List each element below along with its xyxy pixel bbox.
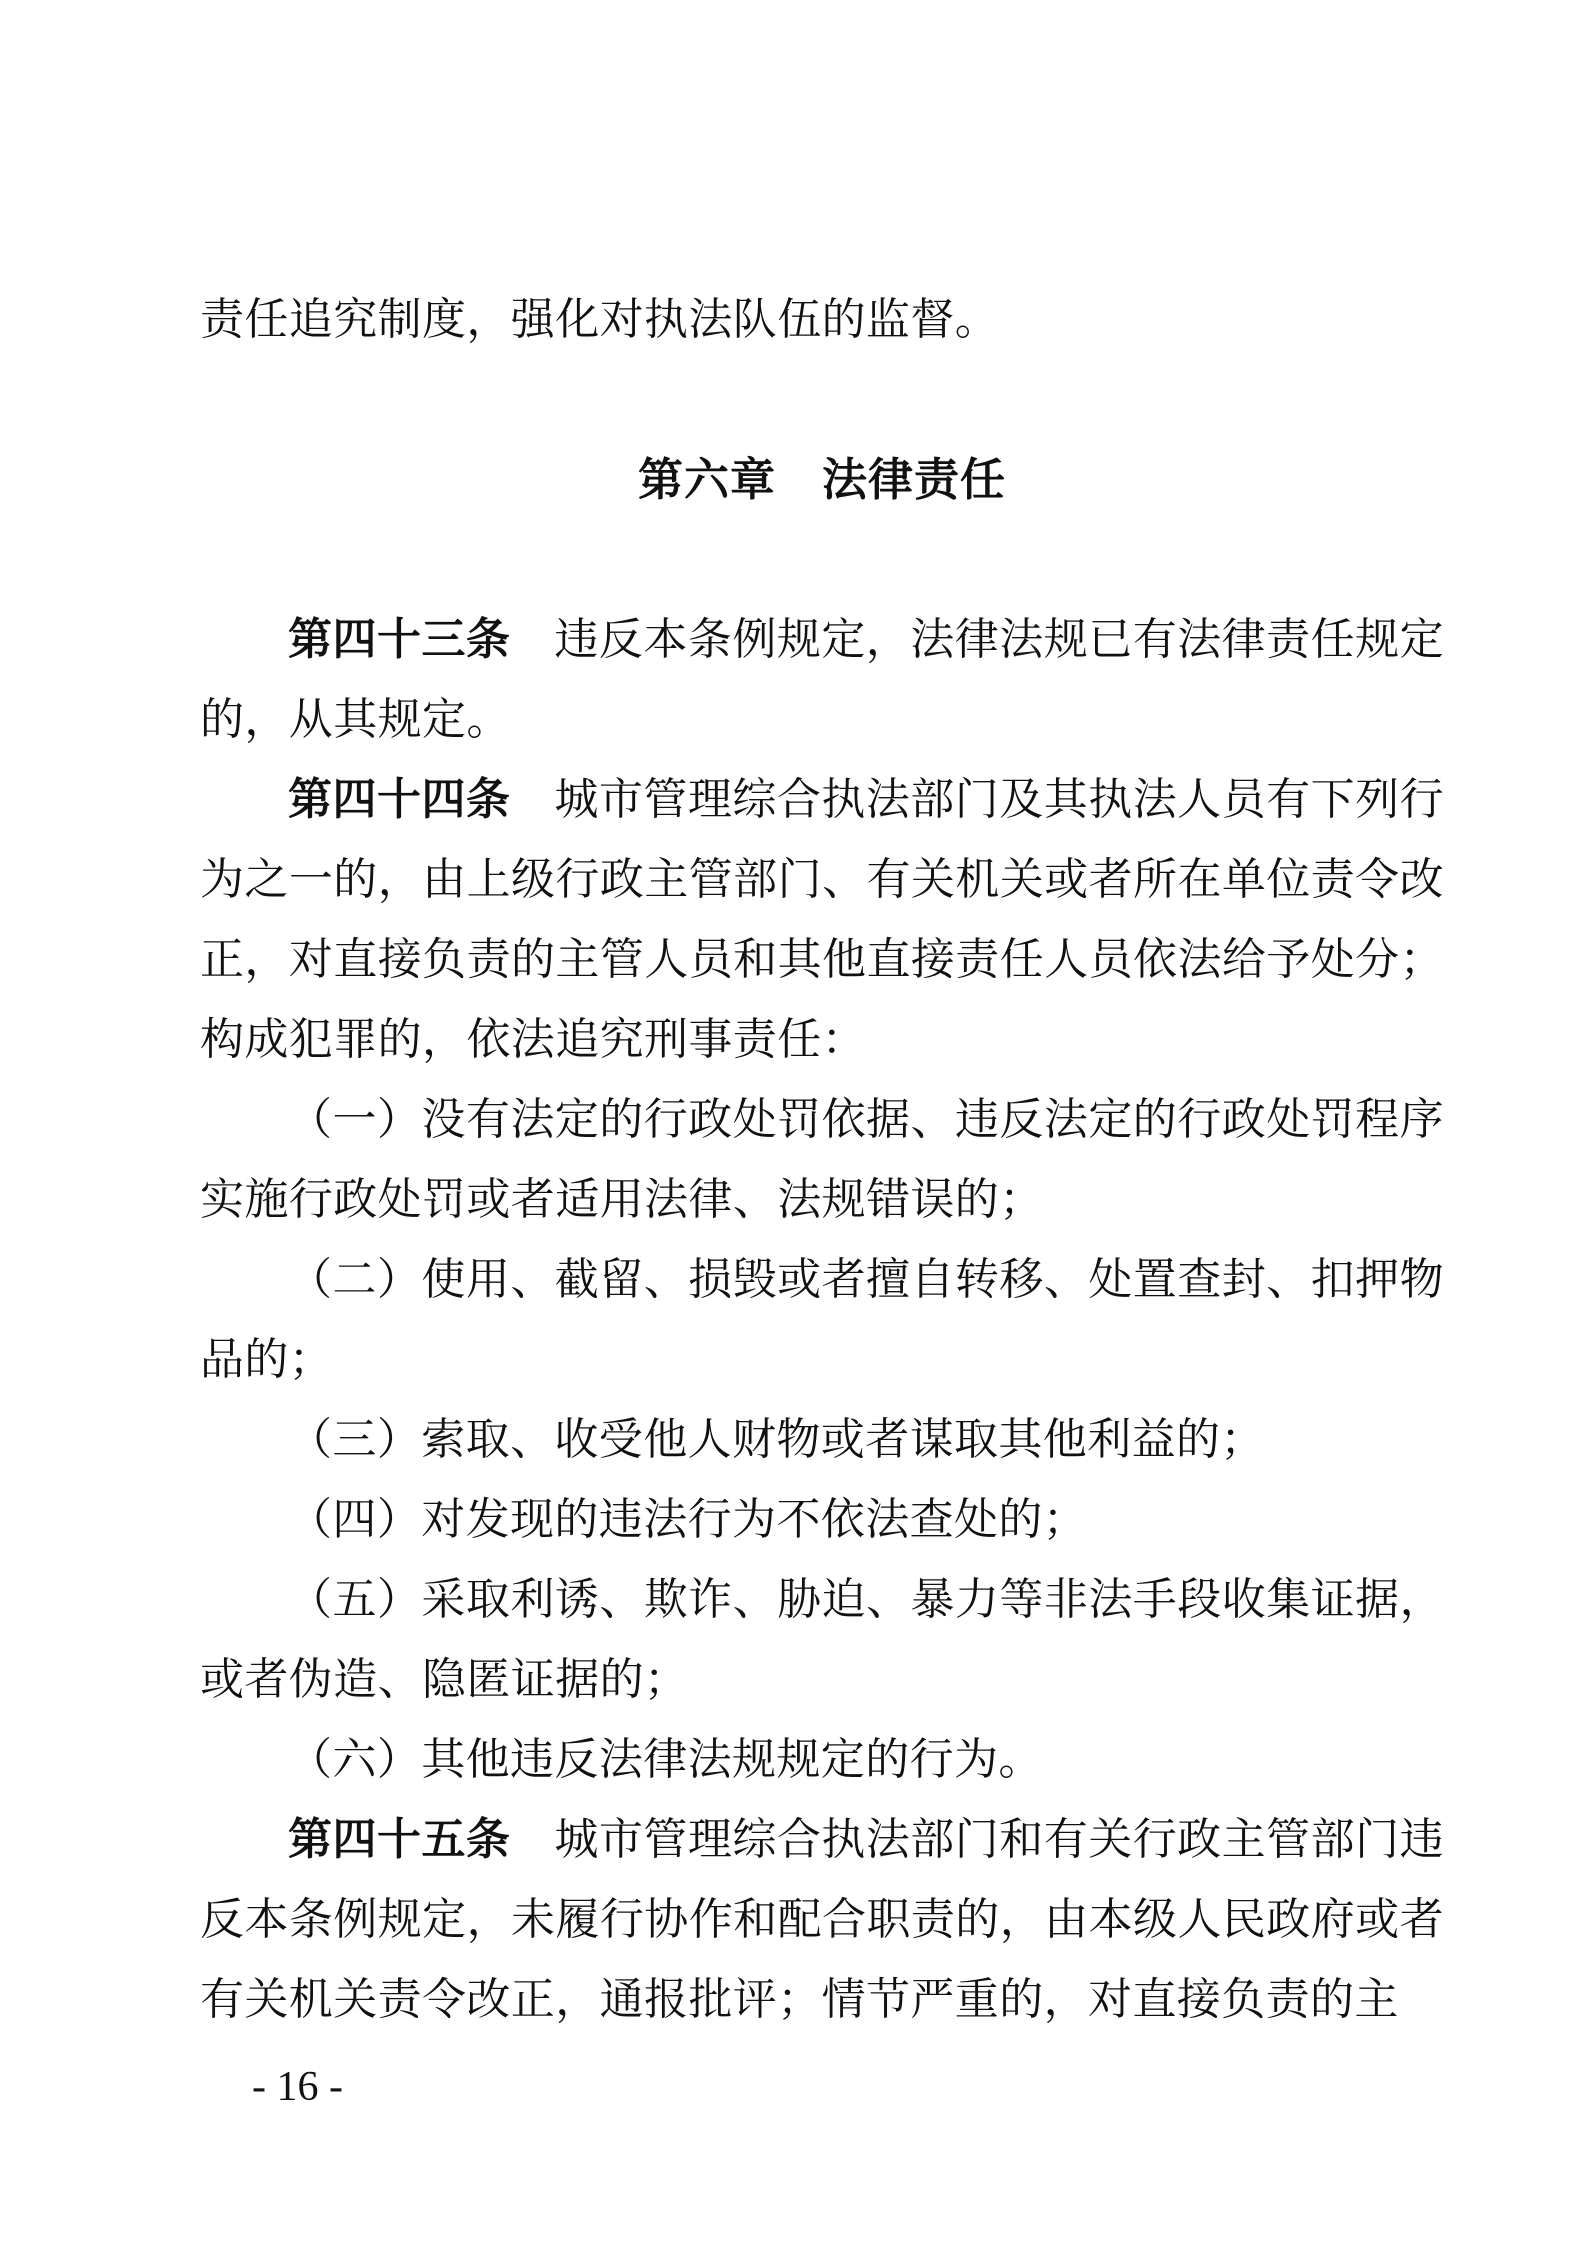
article-44: 第四十四条城市管理综合执法部门及其执法人员有下列行为之一的，由上级行政主管部门、… bbox=[200, 760, 1444, 1080]
article-43: 第四十三条违反本条例规定，法律法规已有法律责任规定的，从其规定。 bbox=[200, 600, 1444, 760]
article-44-term: 第四十四条 bbox=[288, 775, 510, 824]
article-44-item-5: （五）采取利诱、欺诈、胁迫、暴力等非法手段收集证据，或者伪造、隐匿证据的； bbox=[200, 1560, 1444, 1720]
article-44-item-6: （六）其他违反法律法规规定的行为。 bbox=[200, 1720, 1444, 1800]
chapter-heading: 第六章 法律责任 bbox=[200, 440, 1444, 520]
article-44-item-2: （二）使用、截留、损毁或者擅自转移、处置查封、扣押物品的； bbox=[200, 1240, 1444, 1400]
article-44-item-4: （四）对发现的违法行为不依法查处的； bbox=[200, 1480, 1444, 1560]
body-text: 责任追究制度，强化对执法队伍的监督。 第六章 法律责任 第四十三条违反本条例规定… bbox=[200, 280, 1444, 2040]
article-43-term: 第四十三条 bbox=[288, 615, 510, 664]
article-45: 第四十五条城市管理综合执法部门和有关行政主管部门违反本条例规定，未履行协作和配合… bbox=[200, 1800, 1444, 2040]
article-44-item-3: （三）索取、收受他人财物或者谋取其他利益的； bbox=[200, 1400, 1444, 1480]
article-45-term: 第四十五条 bbox=[288, 1815, 510, 1864]
paragraph-continuation: 责任追究制度，强化对执法队伍的监督。 bbox=[200, 280, 1444, 360]
page-number: - 16 - bbox=[252, 2062, 343, 2112]
document-page: 责任追究制度，强化对执法队伍的监督。 第六章 法律责任 第四十三条违反本条例规定… bbox=[0, 0, 1587, 2245]
article-44-item-1: （一）没有法定的行政处罚依据、违反法定的行政处罚程序实施行政处罚或者适用法律、法… bbox=[200, 1080, 1444, 1240]
